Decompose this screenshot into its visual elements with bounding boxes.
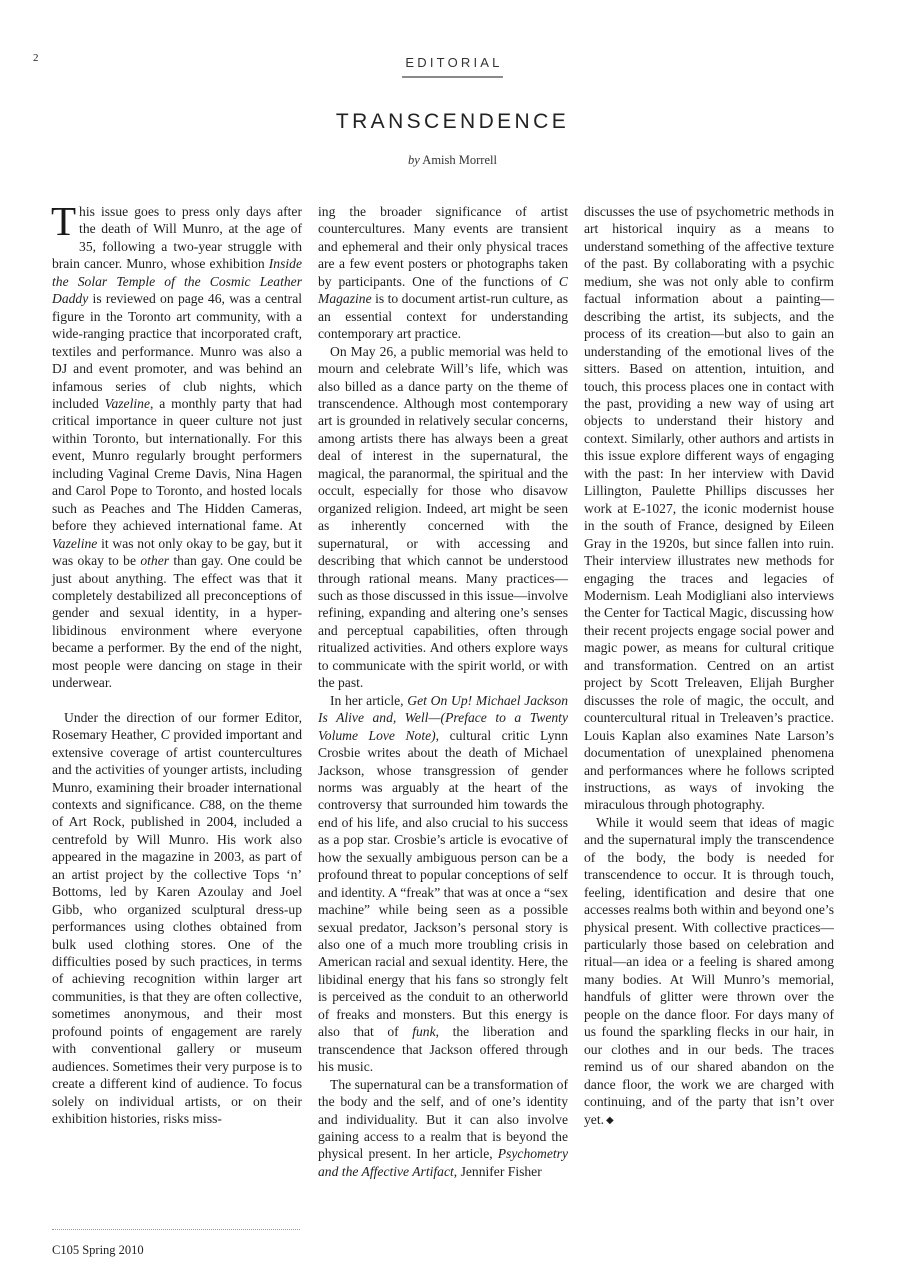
footer-divider <box>52 1229 300 1230</box>
italic-title-text: Vazeline <box>52 536 97 551</box>
italic-title-text: funk <box>412 1024 435 1039</box>
byline-prefix: by <box>408 153 420 167</box>
body-paragraph: The supernatural can be a transformation… <box>318 1076 568 1181</box>
paragraph-text: 88, on the theme of Art Rock, published … <box>52 797 302 1126</box>
paragraph-text: While it would seem that ideas of magic … <box>584 815 834 1127</box>
paragraph-text: than gay. One could be just about anythi… <box>52 553 302 690</box>
body-paragraph: discusses the use of psychometric method… <box>584 203 834 814</box>
paragraph-text: ing the broader significance of artist c… <box>318 204 568 289</box>
body-paragraph: While it would seem that ideas of magic … <box>584 814 834 1129</box>
article-title: TRANSCENDENCE <box>0 110 905 134</box>
paragraph-text: , Jennifer Fisher <box>454 1164 542 1179</box>
paragraph-text: , cultural critic Lynn Crosbie writes ab… <box>318 728 568 1040</box>
author-name: Amish Morrell <box>422 153 497 167</box>
italic-title-text: C <box>161 727 170 742</box>
text-column-3: discusses the use of psychometric method… <box>584 203 834 1129</box>
italic-title-text: C <box>199 797 208 812</box>
body-paragraph: In her article, Get On Up! Michael Jacks… <box>318 692 568 1076</box>
body-paragraph: ing the broader significance of artist c… <box>318 203 568 343</box>
text-column-1: This issue goes to press only days after… <box>52 203 302 1128</box>
footer-issue-label: C105 Spring 2010 <box>52 1243 144 1258</box>
text-column-2: ing the broader significance of artist c… <box>318 203 568 1180</box>
paragraph-text: is reviewed on page 46, was a central fi… <box>52 291 302 411</box>
byline: by Amish Morrell <box>0 153 905 168</box>
italic-title-text: other <box>140 553 169 568</box>
section-label-text: EDITORIAL <box>402 55 502 78</box>
drop-cap: T <box>51 204 76 238</box>
body-paragraph: Under the direction of our former Editor… <box>52 709 302 1128</box>
paragraph-text: his issue goes to press only days after … <box>52 204 302 271</box>
section-label: EDITORIAL <box>0 54 905 78</box>
end-of-article-diamond-icon: ◆ <box>606 1115 614 1126</box>
paragraph-text: On May 26, a public memorial was held to… <box>318 344 568 691</box>
paragraph-text: In her article, <box>330 693 407 708</box>
italic-title-text: Vazeline <box>105 396 150 411</box>
body-paragraph: On May 26, a public memorial was held to… <box>318 343 568 692</box>
body-paragraph: This issue goes to press only days after… <box>52 203 302 692</box>
paragraph-text: discusses the use of psychometric method… <box>584 204 834 812</box>
paragraph-text: , a monthly party that had critical impo… <box>52 396 302 533</box>
